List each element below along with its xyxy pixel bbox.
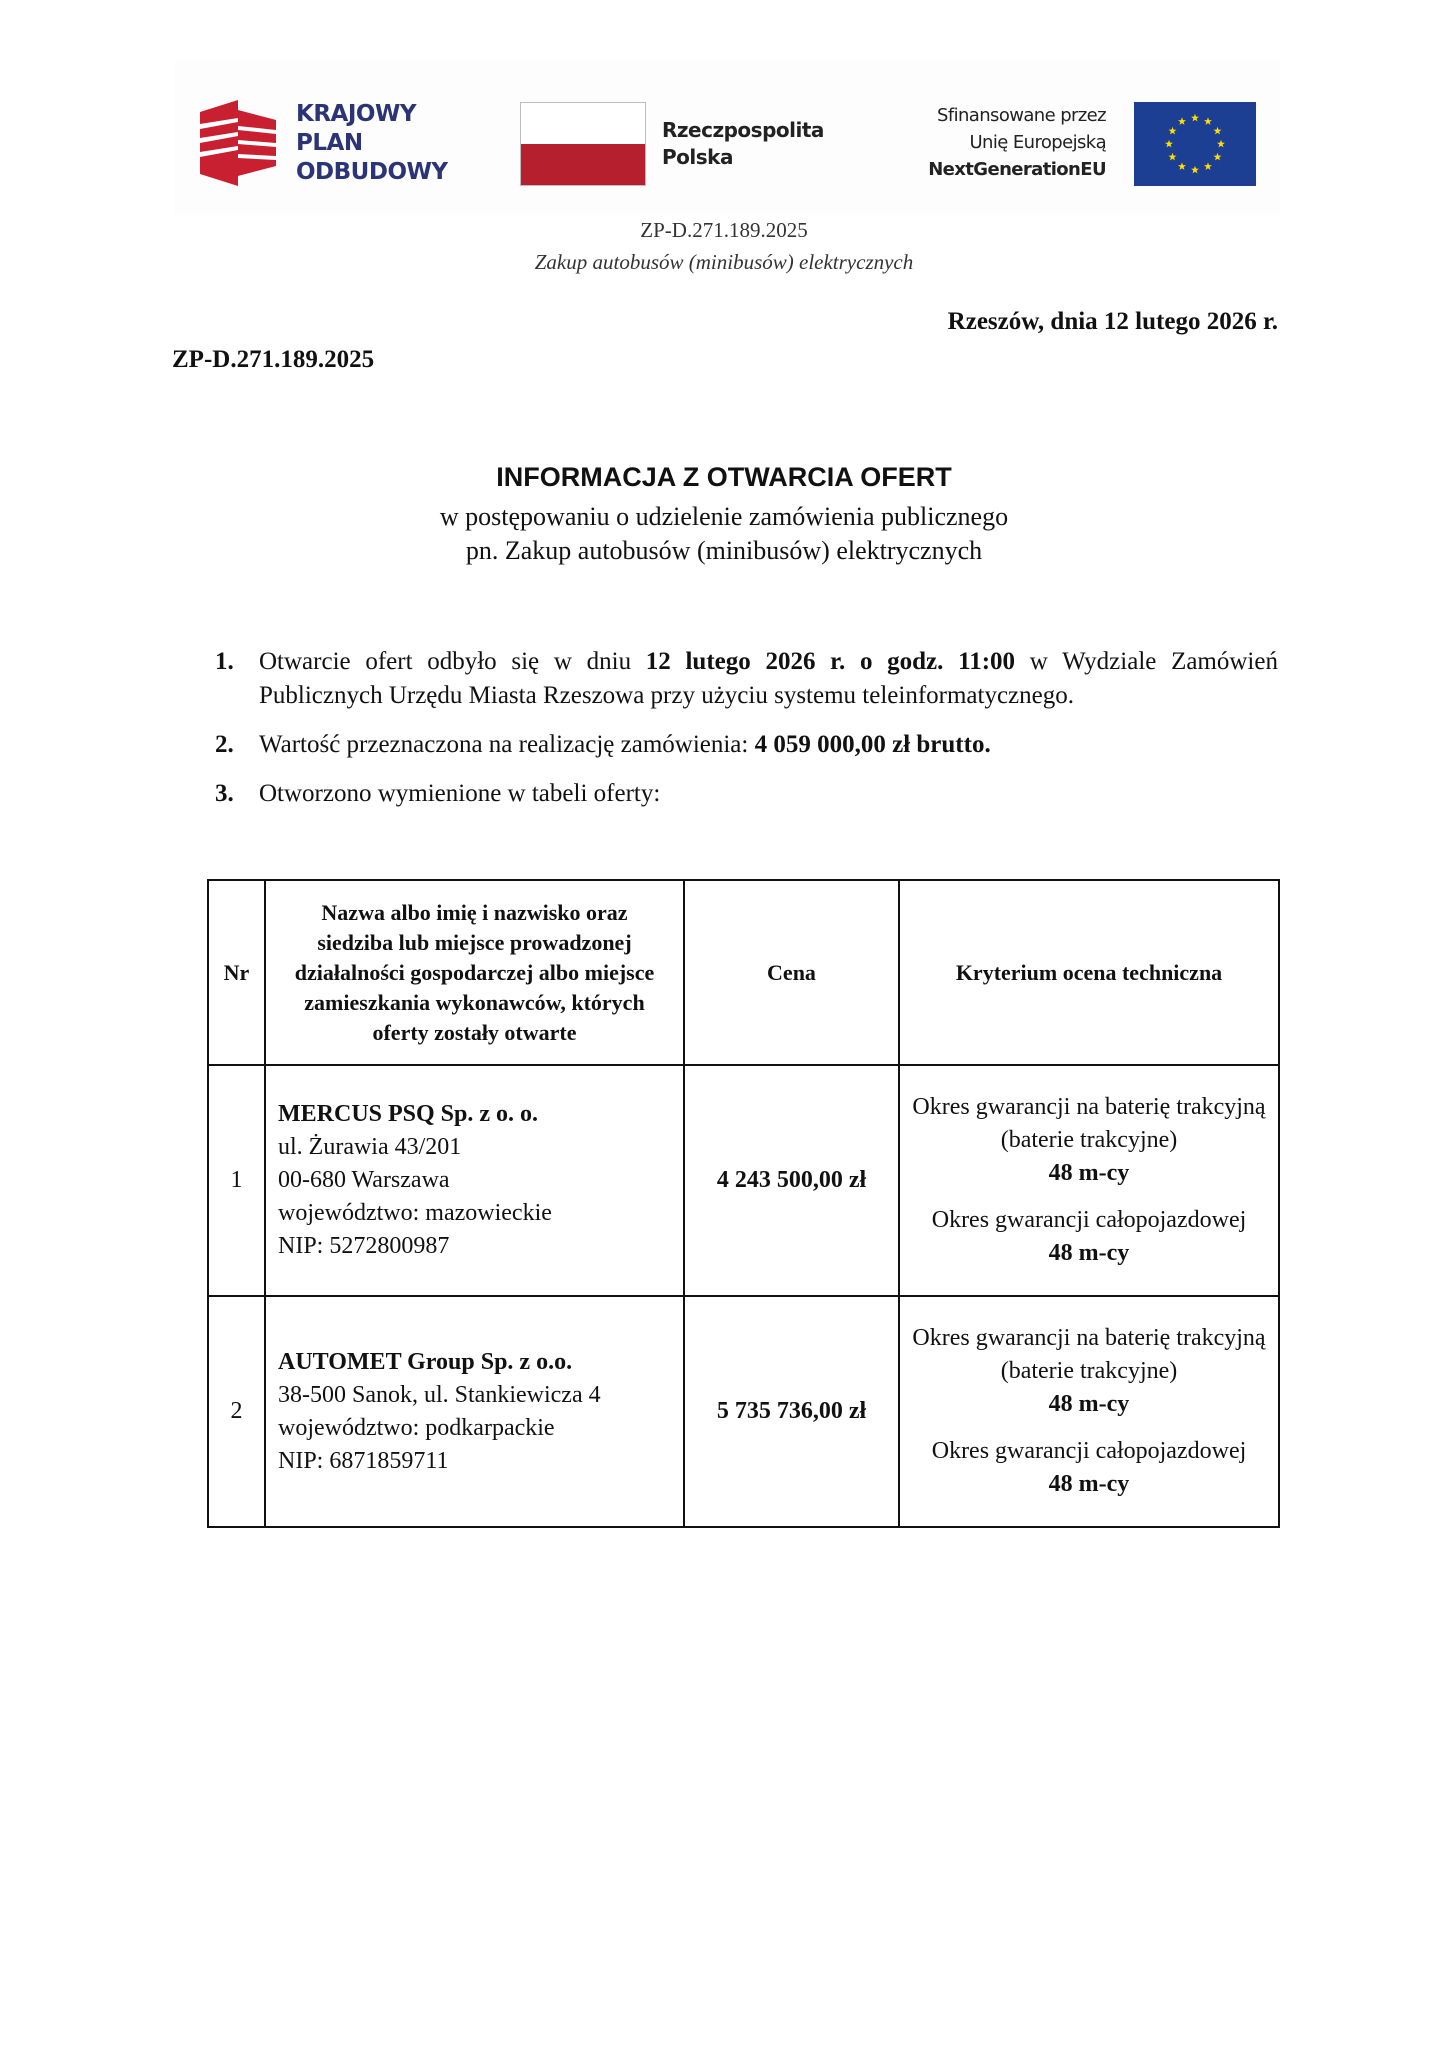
table-row: 2AUTOMET Group Sp. z o.o.38-500 Sanok, u… <box>208 1296 1279 1527</box>
kpo-logo: KRAJOWY PLAN ODBUDOWY <box>200 100 480 190</box>
criterion-label: Okres gwarancji całopojazdowej <box>900 1435 1278 1468</box>
list-item-number: 1. <box>215 645 234 679</box>
criterion-label: Okres gwarancji na baterię trakcyjną (ba… <box>900 1322 1278 1388</box>
kpo-line: ODBUDOWY <box>296 158 448 187</box>
kpo-emblem-icon <box>200 100 276 186</box>
eu-logo-text: Sfinansowane przez Unię Europejską NextG… <box>846 102 1106 183</box>
list-item: 2.Wartość przeznaczona na realizację zam… <box>215 728 1278 762</box>
case-reference: ZP-D.271.189.2025 <box>172 346 374 374</box>
criterion-value: 48 m-cy <box>900 1388 1278 1421</box>
eu-line: Unię Europejską <box>846 129 1106 156</box>
page-subtitle: w postępowaniu o udzielenie zamówienia p… <box>0 502 1448 532</box>
table-header-row: Nr Nazwa albo imię i nazwisko oraz siedz… <box>208 880 1279 1065</box>
eu-flag-icon <box>1134 102 1256 186</box>
kpo-line: KRAJOWY <box>296 100 448 129</box>
list-item-text: 4 059 000,00 zł brutto. <box>755 731 991 758</box>
list-item-number: 2. <box>215 728 234 762</box>
criterion-value: 48 m-cy <box>900 1468 1278 1501</box>
contractor-address-line: województwo: mazowieckie <box>278 1197 683 1230</box>
offer-price: 4 243 500,00 zł <box>684 1065 899 1296</box>
eu-line: Sfinansowane przez <box>846 102 1106 129</box>
eu-line: NextGenerationEU <box>846 156 1106 183</box>
rp-line: Polska <box>662 144 824 171</box>
criterion-label: Okres gwarancji na baterię trakcyjną (ba… <box>900 1091 1278 1157</box>
criterion: Okres gwarancji na baterię trakcyjną (ba… <box>900 1091 1278 1190</box>
contractor-cell: MERCUS PSQ Sp. z o. o.ul. Żurawia 43/201… <box>265 1065 684 1296</box>
list-item-text: Otworzono wymienione w tabeli oferty: <box>259 780 660 807</box>
column-header-nr: Nr <box>208 880 265 1065</box>
contractor-address-line: 00-680 Warszawa <box>278 1164 683 1197</box>
offer-number: 2 <box>208 1296 265 1527</box>
column-header-criteria: Kryterium ocena techniczna <box>899 880 1279 1065</box>
offer-number: 1 <box>208 1065 265 1296</box>
criterion-label: Okres gwarancji całopojazdowej <box>900 1204 1278 1237</box>
info-list: 1.Otwarcie ofert odbyło się w dniu 12 lu… <box>215 645 1278 826</box>
header-reference: ZP-D.271.189.2025 <box>0 218 1448 243</box>
list-item-number: 3. <box>215 777 234 811</box>
contractor-name: AUTOMET Group Sp. z o.o. <box>278 1346 683 1379</box>
list-item: 3.Otworzono wymienione w tabeli oferty: <box>215 777 1278 811</box>
list-item-text: Wartość przeznaczona na realizację zamów… <box>259 731 755 758</box>
rp-logo-text: Rzeczpospolita Polska <box>662 117 824 171</box>
page-title: INFORMACJA Z OTWARCIA OFERT <box>0 462 1448 493</box>
page-subtitle: pn. Zakup autobusów (minibusów) elektryc… <box>0 536 1448 566</box>
offer-price: 5 735 736,00 zł <box>684 1296 899 1527</box>
header-subject: Zakup autobusów (minibusów) elektrycznyc… <box>0 250 1448 275</box>
contractor-address-line: NIP: 5272800987 <box>278 1230 683 1263</box>
criterion-value: 48 m-cy <box>900 1157 1278 1190</box>
kpo-line: PLAN <box>296 129 448 158</box>
column-header-price: Cena <box>684 880 899 1065</box>
criterion: Okres gwarancji na baterię trakcyjną (ba… <box>900 1322 1278 1421</box>
list-item: 1.Otwarcie ofert odbyło się w dniu 12 lu… <box>215 645 1278 713</box>
offers-table: Nr Nazwa albo imię i nazwisko oraz siedz… <box>207 879 1280 1528</box>
polish-flag-icon <box>520 102 646 186</box>
contractor-address-line: NIP: 6871859711 <box>278 1445 683 1478</box>
offers-table-body: 1MERCUS PSQ Sp. z o. o.ul. Żurawia 43/20… <box>208 1065 1279 1527</box>
criterion: Okres gwarancji całopojazdowej48 m-cy <box>900 1204 1278 1270</box>
criterion: Okres gwarancji całopojazdowej48 m-cy <box>900 1435 1278 1501</box>
contractor-address-line: 38-500 Sanok, ul. Stankiewicza 4 <box>278 1379 683 1412</box>
criteria-cell: Okres gwarancji na baterię trakcyjną (ba… <box>899 1065 1279 1296</box>
document-date: Rzeszów, dnia 12 lutego 2026 r. <box>948 308 1278 336</box>
criteria-cell: Okres gwarancji na baterię trakcyjną (ba… <box>899 1296 1279 1527</box>
table-row: 1MERCUS PSQ Sp. z o. o.ul. Żurawia 43/20… <box>208 1065 1279 1296</box>
contractor-cell: AUTOMET Group Sp. z o.o.38-500 Sanok, ul… <box>265 1296 684 1527</box>
list-item-text: Otwarcie ofert odbyło się w dniu <box>259 648 646 675</box>
contractor-address-line: województwo: podkarpackie <box>278 1412 683 1445</box>
rp-line: Rzeczpospolita <box>662 117 824 144</box>
logo-banner: KRAJOWY PLAN ODBUDOWY Rzeczpospolita Pol… <box>175 60 1280 215</box>
column-header-contractor: Nazwa albo imię i nazwisko oraz siedziba… <box>265 880 684 1065</box>
contractor-address-line: ul. Żurawia 43/201 <box>278 1131 683 1164</box>
criterion-value: 48 m-cy <box>900 1237 1278 1270</box>
list-item-text: 12 lutego 2026 r. o godz. 11:00 <box>646 648 1015 675</box>
contractor-name: MERCUS PSQ Sp. z o. o. <box>278 1098 683 1131</box>
kpo-logo-text: KRAJOWY PLAN ODBUDOWY <box>296 100 448 187</box>
